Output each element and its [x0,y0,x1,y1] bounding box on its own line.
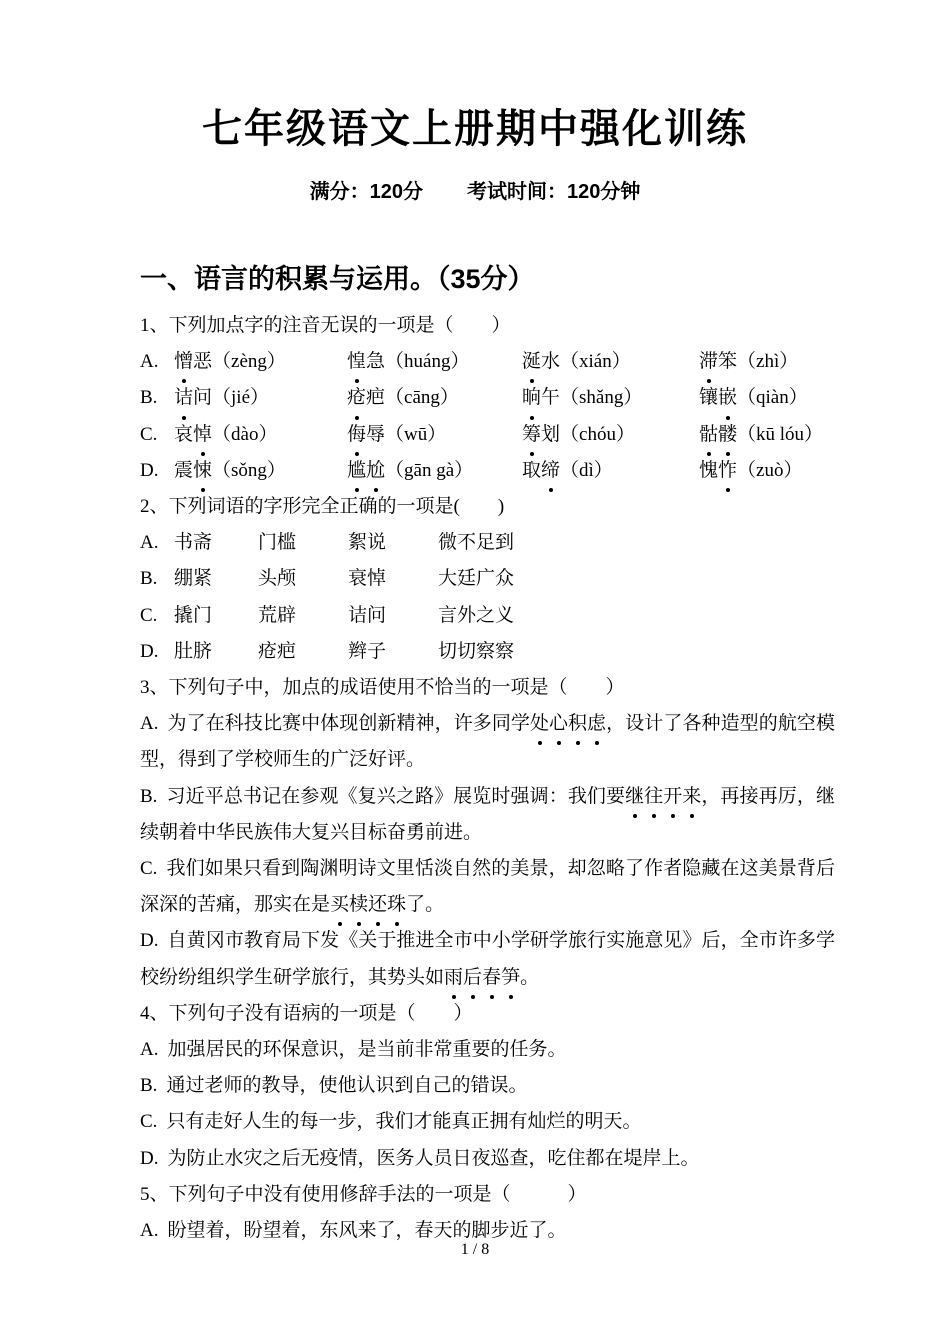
emphasis-dotted-char: 珠 [387,887,406,923]
emphasis-dotted-char: 尬 [366,453,385,489]
emphasis-dotted-char: 诘 [174,380,193,416]
option-item: 诘问 [348,598,438,634]
emphasis-dotted-char: 心 [549,706,568,742]
option-item: 疮疤（cāng） [347,380,522,416]
question-3-option-A: A.为了在科技比赛中体现创新精神，许多同学处心积虑，设计了各种造型的航空模型，得… [140,706,835,778]
option-item: 尴尬（gān gà） [347,453,522,489]
emphasis-dotted-char: 买 [330,887,349,923]
question-3-option-C: C.我们如果只看到陶渊明诗文里恬淡自然的美景，却忽略了作者隐藏在这美景背后深深的… [140,851,835,923]
emphasis-dotted-char: 积 [568,706,587,742]
option-item: 大廷广众 [438,561,835,597]
question-2-option-row-D: D.肚脐疮疤辫子切切察察 [140,634,835,670]
question-4-stem: 4、下列句子没有语病的一项是（ ） [140,996,835,1032]
option-item: 绷紧 [174,561,258,597]
question-1-option-row-B: B.诘问（jié）疮疤（cāng）晌午（shǎng）镶嵌（qiàn） [140,380,835,416]
exam-body: 一、语言的积累与运用。（35分） 1、下列加点字的注音无误的一项是（ ）A.憎恶… [0,260,950,1249]
option-item: 疮疤 [258,634,348,670]
question-1-stem: 1、下列加点字的注音无误的一项是（ ） [140,308,835,344]
emphasis-dotted-char: 悼 [193,417,212,453]
option-item: 镶嵌（qiàn） [699,380,835,416]
question-2: 2、下列词语的字形完全正确的一项是( )A.书斋门槛絮说微不足到B.绷紧头颅衰悼… [140,489,835,670]
question-3: 3、下列句子中，加点的成语使用不恰当的一项是（ ）A.为了在科技比赛中体现创新精… [140,670,835,996]
emphasis-dotted-char: 缔 [541,453,560,489]
emphasis-dotted-char: 侮 [347,417,366,453]
emphasis-dotted-char: 虑 [587,706,606,742]
question-2-option-row-C: C.撬门荒辟诘问言外之义 [140,598,835,634]
exam-meta: 满分：120分考试时间：120分钟 [60,178,890,206]
page-title: 七年级语文上册期中强化训练 [60,104,890,154]
exam-page: 七年级语文上册期中强化训练 满分：120分考试时间：120分钟 一、语言的积累与… [0,0,950,1344]
question-1-option-row-D: D.震悚（sǒng）尴尬（gān gà）取缔（dì）愧怍（zuò） [140,453,835,489]
emphasis-dotted-char: 处 [530,706,549,742]
emphasis-dotted-char: 往 [644,779,663,815]
page-number: 1 / 8 [0,1240,950,1260]
option-label: A. [140,713,158,734]
option-label: A. [140,1220,158,1241]
question-3-stem: 3、下列句子中，加点的成语使用不恰当的一项是（ ） [140,670,835,706]
option-item: 筹划（chóu） [522,417,699,453]
question-2-option-row-A: A.书斋门槛絮说微不足到 [140,525,835,561]
option-label: A. [140,344,174,380]
question-1-option-row-C: C.哀悼（dào）侮辱（wū）筹划（chóu）骷髅（kū lóu） [140,417,835,453]
option-item: 晌午（shǎng） [522,380,699,416]
emphasis-dotted-char: 嵌 [718,380,737,416]
exam-header: 七年级语文上册期中强化训练 满分：120分考试时间：120分钟 [0,0,950,206]
option-item: 头颅 [258,561,348,597]
question-1-option-row-A: A.憎恶（zèng）惶急（huáng）涎水（xián）滞笨（zhì） [140,344,835,380]
option-item: 取缔（dì） [522,453,699,489]
emphasis-dotted-char: 涎 [522,344,541,380]
emphasis-dotted-char: 笋 [501,960,520,996]
question-5-stem: 5、下列句子中没有使用修辞手法的一项是（ ） [140,1177,835,1213]
section-one-heading: 一、语言的积累与运用。（35分） [140,260,835,298]
question-2-stem: 2、下列词语的字形完全正确的一项是( ) [140,489,835,525]
option-label: B. [140,561,174,597]
emphasis-dotted-char: 惶 [347,344,366,380]
question-1: 1、下列加点字的注音无误的一项是（ ）A.憎恶（zèng）惶急（huáng）涎水… [140,308,835,489]
question-3-option-B: B.习近平总书记在参观《复兴之路》展览时强调：我们要继往开来，再接再厉，继续朝着… [140,779,835,851]
emphasis-dotted-char: 晌 [522,380,541,416]
question-3-option-D: D.自黄冈市教育局下发《关于推进全市中小学研学旅行实施意见》后，全市许多学校纷纷… [140,923,835,995]
option-item: 骷髅（kū lóu） [699,417,835,453]
emphasis-dotted-char: 春 [482,960,501,996]
emphasis-dotted-char: 骷 [699,417,718,453]
option-label: C. [140,417,174,453]
question-4-option-D: D.为防止水灾之后无疫情，医务人员日夜巡查，吃住都在堤岸上。 [140,1141,835,1177]
option-item: 滞笨（zhì） [699,344,835,380]
question-4: 4、下列句子没有语病的一项是（ ）A.加强居民的环保意识，是当前非常重要的任务。… [140,996,835,1177]
emphasis-dotted-char: 雨 [444,960,463,996]
option-label: D. [140,453,174,489]
option-item: 絮说 [348,525,438,561]
option-label: C. [140,1111,157,1132]
question-4-option-C: C.只有走好人生的每一步，我们才能真正拥有灿烂的明天。 [140,1104,835,1140]
question-list: 1、下列加点字的注音无误的一项是（ ）A.憎恶（zèng）惶急（huáng）涎水… [140,308,835,1249]
emphasis-dotted-char: 继 [625,779,644,815]
option-label: D. [140,930,158,951]
option-label: C. [140,598,174,634]
option-item: 门槛 [258,525,348,561]
option-label: D. [140,1148,158,1169]
emphasis-dotted-char: 开 [663,779,682,815]
question-4-option-B: B.通过老师的教导，使他认识到自己的错误。 [140,1068,835,1104]
option-item: 憎恶（zèng） [174,344,347,380]
option-label: B. [140,786,157,807]
option-item: 荒辟 [258,598,348,634]
option-label: D. [140,634,174,670]
option-label: B. [140,380,174,416]
option-label: A. [140,525,174,561]
question-5: 5、下列句子中没有使用修辞手法的一项是（ ）A.盼望着，盼望着，东风来了，春天的… [140,1177,835,1249]
emphasis-dotted-char: 来 [682,779,701,815]
option-item: 侮辱（wū） [347,417,522,453]
emphasis-dotted-char: 还 [368,887,387,923]
option-item: 切切察察 [438,634,835,670]
emphasis-dotted-char: 疮 [347,380,366,416]
option-item: 肚脐 [174,634,258,670]
option-item: 微不足到 [438,525,835,561]
emphasis-dotted-char: 怍 [718,453,737,489]
option-item: 衰悼 [348,561,438,597]
option-label: A. [140,1039,158,1060]
emphasis-dotted-char: 尴 [347,453,366,489]
emphasis-dotted-char: 憎 [174,344,193,380]
emphasis-dotted-char: 椟 [349,887,368,923]
option-item: 书斋 [174,525,258,561]
option-item: 涎水（xián） [522,344,699,380]
option-item: 辫子 [348,634,438,670]
option-item: 言外之义 [438,598,835,634]
option-item: 哀悼（dào） [174,417,347,453]
question-4-option-A: A.加强居民的环保意识，是当前非常重要的任务。 [140,1032,835,1068]
option-item: 震悚（sǒng） [174,453,347,489]
emphasis-dotted-char: 滞 [699,344,718,380]
emphasis-dotted-char: 后 [463,960,482,996]
option-label: C. [140,858,157,879]
option-item: 惶急（huáng） [347,344,522,380]
option-item: 诘问（jié） [174,380,347,416]
emphasis-dotted-char: 髅 [718,417,737,453]
full-score-label: 满分：120分 [310,181,423,203]
emphasis-dotted-char: 悚 [193,453,212,489]
question-2-option-row-B: B.绷紧头颅衰悼大廷广众 [140,561,835,597]
exam-time-label: 考试时间：120分钟 [467,181,640,203]
option-item: 愧怍（zuò） [699,453,835,489]
option-item: 撬门 [174,598,258,634]
emphasis-dotted-char: 筹 [522,417,541,453]
option-label: B. [140,1075,157,1096]
